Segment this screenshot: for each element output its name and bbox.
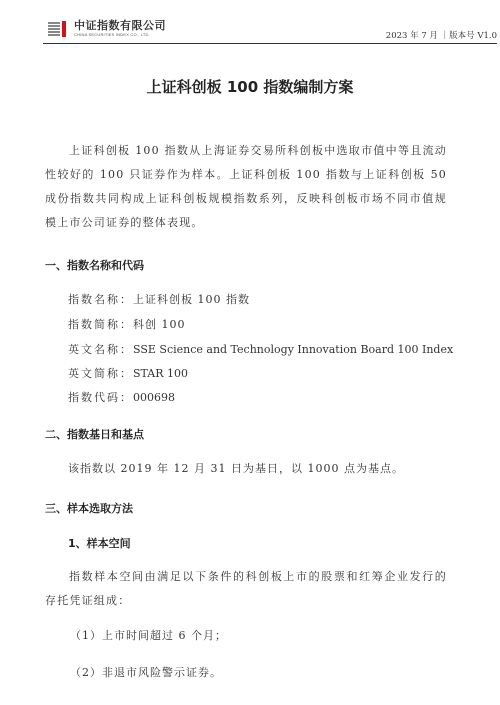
field-english-name: 英文名称：SSE Science and Technology Innovati… bbox=[68, 341, 453, 357]
company-name-cn: 中证指数有限公司 bbox=[74, 20, 166, 32]
intro-paragraph: 上证科创板 100 指数从上海证券交易所科创板中选取市值中等且流动性较好的 10… bbox=[45, 139, 447, 235]
condition-item-2: （2）非退市风险警示证券。 bbox=[70, 664, 222, 680]
section-3-heading: 三、样本选取方法 bbox=[45, 500, 133, 516]
field-label: 指数名称： bbox=[68, 293, 133, 306]
field-value: 上证科创板 100 指数 bbox=[133, 293, 250, 306]
subsection-1-heading: 1、样本空间 bbox=[68, 535, 131, 551]
version-info: 2023 年 7 月 ｜版本号 V1.0 bbox=[386, 29, 497, 41]
sample-space-paragraph: 指数样本空间由满足以下条件的科创板上市的股票和红筹企业发行的存托凭证组成： bbox=[45, 565, 447, 613]
section-2-heading: 二、指数基日和基点 bbox=[45, 426, 144, 442]
field-index-short-name: 指数简称：科创 100 bbox=[68, 316, 186, 332]
field-index-name: 指数名称：上证科创板 100 指数 bbox=[68, 291, 250, 307]
company-name-en: CHINA SECURITIES INDEX CO., LTD. bbox=[74, 32, 166, 37]
base-date-text: 该指数以 2019 年 12 月 31 日为基日，以 1000 点为基点。 bbox=[68, 460, 404, 476]
field-label: 指数简称： bbox=[68, 318, 133, 331]
field-value: SSE Science and Technology Innovation Bo… bbox=[133, 343, 453, 356]
condition-item-1: （1）上市时间超过 6 个月； bbox=[70, 627, 227, 643]
field-value: 科创 100 bbox=[133, 318, 186, 331]
document-title: 上证科创板 100 指数编制方案 bbox=[0, 76, 500, 97]
logo-icon bbox=[48, 21, 68, 37]
field-label: 英文名称： bbox=[68, 343, 133, 356]
field-value: STAR 100 bbox=[133, 367, 188, 380]
page-header: 中证指数有限公司 CHINA SECURITIES INDEX CO., LTD… bbox=[43, 0, 497, 44]
field-label: 英文简称： bbox=[68, 367, 133, 380]
field-label: 指数代码： bbox=[68, 391, 133, 404]
field-value: 000698 bbox=[133, 391, 175, 404]
company-logo: 中证指数有限公司 CHINA SECURITIES INDEX CO., LTD… bbox=[48, 20, 166, 37]
section-1-heading: 一、指数名称和代码 bbox=[45, 257, 144, 273]
field-english-short-name: 英文简称：STAR 100 bbox=[68, 365, 188, 381]
field-index-code: 指数代码：000698 bbox=[68, 389, 175, 405]
